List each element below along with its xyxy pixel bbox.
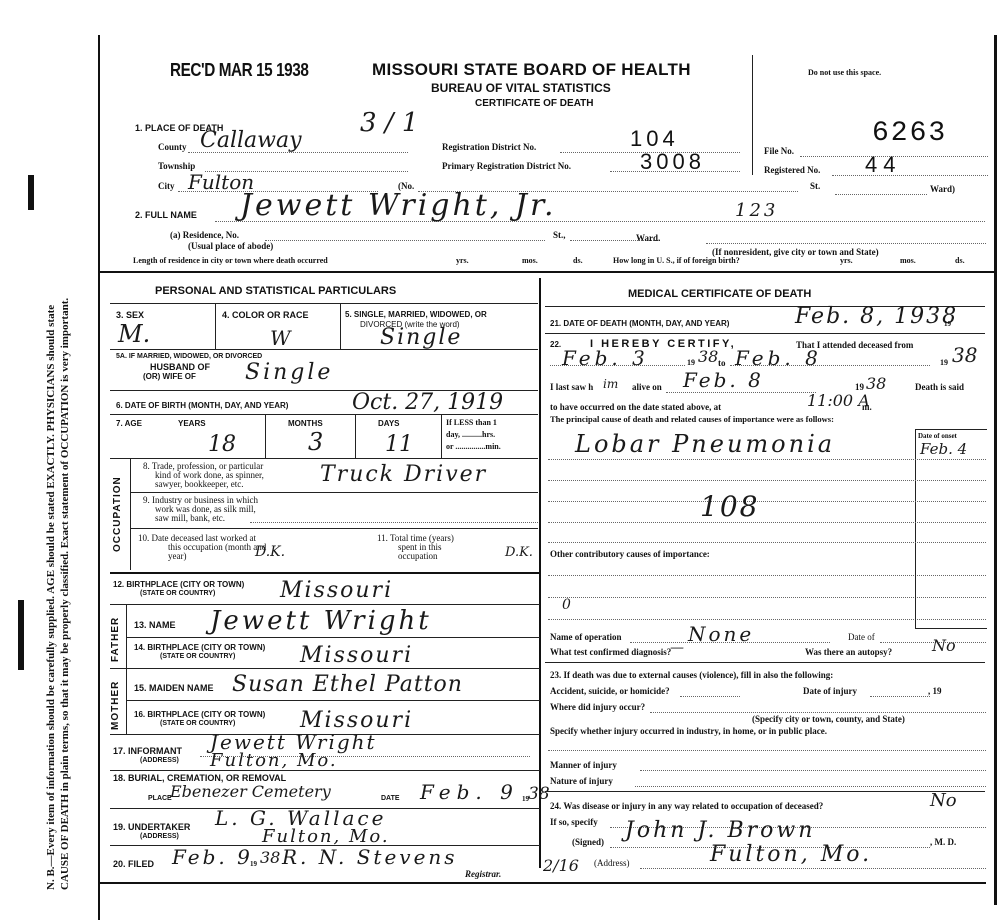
operation-date-label: Date of	[848, 632, 875, 642]
trade-label-3: sawyer, bookkeeper, etc.	[155, 479, 244, 489]
test-value: —	[670, 640, 684, 656]
dob-label: 6. DATE OF BIRTH (MONTH, DAY, AND YEAR)	[116, 401, 288, 410]
operation-label: Name of operation	[550, 632, 622, 642]
father-birthplace-value: Missouri	[300, 643, 413, 668]
form-left-border	[98, 35, 100, 920]
signed-label: (Signed)	[572, 837, 604, 847]
length-yrs: yrs.	[456, 256, 469, 265]
residence-st-label: St.,	[553, 230, 566, 240]
injury-year-label: , 19	[928, 686, 942, 696]
margin-marker	[18, 600, 24, 670]
informant-address: Fulton, Mo.	[210, 750, 338, 771]
county-value: Callaway	[200, 128, 302, 153]
manner-label: Manner of injury	[550, 760, 617, 770]
spouse-label-2: HUSBAND OF	[150, 362, 210, 372]
alive-on-label: alive on	[632, 382, 662, 392]
father-birthplace-label-1: 14. BIRTHPLACE (CITY OR TOWN)	[134, 643, 265, 652]
occupational-value: No	[930, 790, 957, 811]
burial-date-value: Feb. 9	[420, 780, 519, 804]
external-label: 23. If death was due to external causes …	[550, 670, 833, 680]
cause-code: 108	[700, 490, 759, 523]
foreign-yrs: yrs.	[840, 256, 853, 265]
abode-label: (Usual place of abode)	[188, 241, 273, 251]
informant-address-label: (ADDRESS)	[140, 757, 179, 764]
onset-label: Date of onset	[918, 432, 957, 440]
occupational-label: 24. Was disease or injury in any way rel…	[550, 801, 823, 811]
sex-value: M.	[118, 320, 150, 348]
injury-date-label: Date of injury	[803, 686, 857, 696]
margin-note-line2: CAUSE OF DEATH in plain terms, so that i…	[58, 298, 72, 890]
full-name-value: Jewett Wright, Jr.	[240, 188, 557, 223]
spouse-label-3: (OR) WIFE OF	[143, 372, 196, 381]
certify-number: 22.	[550, 340, 561, 349]
burial-place-label: PLACE	[148, 795, 172, 802]
less-than-label-3: or ...............min.	[446, 442, 501, 451]
occurred-label: to have occurred on the date stated abov…	[550, 402, 721, 412]
occupation-side-label: OCCUPATION	[112, 476, 123, 552]
foreign-mos: mos.	[900, 256, 916, 265]
age-months-value: 3	[308, 428, 323, 456]
attended-to: Feb. 8	[735, 346, 822, 370]
reg-district-label: Registration District No.	[442, 142, 536, 152]
length-mos: mos.	[522, 256, 538, 265]
attended-from: Feb. 3	[562, 346, 649, 370]
days-label: DAYS	[378, 419, 400, 428]
physician-signature: John J. Brown	[625, 818, 815, 843]
time-value: 11:00 A	[807, 391, 870, 410]
office-divider	[752, 55, 753, 175]
registered-no-value: 44	[865, 152, 901, 178]
total-time-value: D.K.	[505, 545, 533, 560]
autopsy-value: No	[932, 636, 956, 655]
residence-label: (a) Residence, No.	[170, 230, 239, 240]
file-no-label: File No.	[764, 146, 794, 156]
full-name-label: 2. FULL NAME	[135, 210, 197, 220]
mother-maiden-label: 15. MAIDEN NAME	[134, 683, 214, 693]
filed-year-prefix: 19	[250, 860, 257, 868]
form-right-border	[994, 35, 997, 905]
marginal-mark: 3 / 1	[360, 108, 418, 138]
father-name-value: Jewett Wright	[210, 606, 432, 636]
father-birthplace-label-2: (STATE OR COUNTRY)	[160, 653, 235, 660]
time-suffix: m.	[862, 402, 872, 412]
race-label: 4. COLOR OR RACE	[222, 310, 309, 320]
residence-ward-label: Ward.	[636, 233, 660, 243]
md-label: , M. D.	[930, 837, 956, 847]
industry-label-3: saw mill, bank, etc.	[155, 513, 225, 523]
county-label: County	[158, 142, 187, 152]
office-use-note: Do not use this space.	[808, 68, 881, 77]
received-stamp: REC'D MAR 15 1938	[170, 60, 308, 81]
filed-year: 38	[260, 848, 280, 867]
file-no-value: 6263	[872, 118, 947, 149]
age-label: 7. AGE	[116, 419, 142, 428]
spouse-value: Single	[245, 360, 333, 385]
undertaker-address-label: (ADDRESS)	[140, 833, 179, 840]
length-ds: ds.	[573, 256, 583, 265]
marital-label: 5. SINGLE, MARRIED, WIDOWED, OR	[345, 310, 487, 319]
attended-from-year: 38	[698, 347, 718, 366]
operation-value: None	[688, 622, 754, 646]
father-side-label: FATHER	[110, 617, 121, 662]
dod-label: 21. DATE OF DEATH (MONTH, DAY, AND YEAR)	[550, 319, 729, 328]
birthplace-value: Missouri	[280, 578, 393, 603]
margin-marker-2	[28, 175, 34, 210]
primary-reg-label: Primary Registration District No.	[442, 161, 571, 171]
city-label: City	[158, 181, 175, 191]
mother-side-label: MOTHER	[110, 681, 121, 730]
age-days-value: 11	[385, 432, 413, 457]
margin-note-line1: N. B.—Every item of information should b…	[44, 305, 58, 890]
alive-on-value: Feb. 8	[683, 368, 764, 392]
trade-value: Truck Driver	[320, 462, 487, 487]
death-said-label: Death is said	[915, 382, 964, 392]
last-saw-label: I last saw h	[550, 382, 593, 392]
age-years-value: 18	[208, 432, 236, 457]
mother-maiden-value: Susan Ethel Patton	[232, 672, 463, 697]
primary-reg-value: 3008	[640, 149, 705, 175]
burial-place-value: Ebenezer Cemetery	[170, 782, 331, 801]
where-label: Where did injury occur?	[550, 702, 645, 712]
attended-from-year-prefix: 19	[687, 358, 695, 367]
cause-label: The principal cause of death and related…	[550, 414, 834, 424]
full-name-code: 123	[735, 200, 778, 221]
medical-heading: MEDICAL CERTIFICATE OF DEATH	[628, 288, 811, 300]
form-name: CERTIFICATE OF DEATH	[475, 98, 594, 109]
address-label: (Address)	[594, 858, 630, 868]
attended-to-year: 38	[952, 343, 977, 367]
form-title: MISSOURI STATE BOARD OF HEALTH	[372, 60, 691, 80]
months-label: MONTHS	[288, 419, 323, 428]
form-subtitle: BUREAU OF VITAL STATISTICS	[431, 81, 611, 95]
spouse-label-1: 5A. IF MARRIED, WIDOWED, OR DIVORCED	[116, 353, 262, 360]
last-saw-pronoun: im	[603, 377, 618, 391]
if-so-label: If so, specify	[550, 817, 598, 827]
last-worked-value: D.K.	[255, 544, 285, 560]
father-name-label: 13. NAME	[134, 620, 176, 630]
to-label: to	[718, 358, 726, 368]
years-label: YEARS	[178, 419, 206, 428]
sex-label: 3. SEX	[116, 310, 144, 320]
margin-date: 2/16	[543, 856, 579, 875]
marital-value: Single	[380, 325, 462, 350]
specify-label: Specify whether injury occurred in indus…	[550, 726, 827, 736]
last-worked-label-3: year)	[168, 551, 186, 561]
st-label: St.	[810, 181, 820, 191]
specify-note: (Specify city or town, county, and State…	[752, 714, 905, 724]
burial-year-value: 38	[528, 784, 550, 804]
less-than-label-2: day, ..........hrs.	[446, 430, 495, 439]
mother-birthplace-label-1: 16. BIRTHPLACE (CITY OR TOWN)	[134, 710, 265, 719]
mother-birthplace-label-2: (STATE OR COUNTRY)	[160, 720, 235, 727]
burial-date-label: DATE	[381, 795, 400, 802]
contributory-mark: 0	[562, 597, 571, 613]
informant-label: 17. INFORMANT	[113, 746, 182, 756]
onset-value: Feb. 4	[920, 440, 967, 458]
race-value: W	[270, 326, 291, 350]
length-residence-label: Length of residence in city or town wher…	[133, 256, 328, 265]
physician-address: Fulton, Mo.	[710, 842, 872, 867]
personal-heading: PERSONAL AND STATISTICAL PARTICULARS	[155, 285, 396, 297]
registered-no-label: Registered No.	[764, 165, 820, 175]
registrar-label: Registrar.	[465, 869, 501, 879]
registrar-signature: R. N. Stevens	[282, 845, 458, 869]
dob-value: Oct. 27, 1919	[352, 390, 503, 415]
undertaker-label: 19. UNDERTAKER	[113, 822, 190, 832]
cause-value: Lobar Pneumonia	[575, 430, 835, 458]
total-time-label-3: occupation	[398, 551, 438, 561]
contributory-label: Other contributory causes of importance:	[550, 549, 710, 559]
ward-label: Ward)	[930, 184, 955, 194]
foreign-ds: ds.	[955, 256, 965, 265]
filed-date: Feb. 9	[172, 845, 253, 869]
birthplace-label-1: 12. BIRTHPLACE (CITY OR TOWN)	[113, 580, 244, 589]
less-than-label-1: If LESS than 1	[446, 418, 497, 427]
foreign-birth-label: How long in U. S., if of foreign birth?	[613, 256, 740, 265]
nature-label: Nature of injury	[550, 776, 613, 786]
filed-label: 20. FILED	[113, 859, 154, 869]
attended-to-year-prefix: 19	[940, 358, 948, 367]
test-label: What test confirmed diagnosis?	[550, 647, 671, 657]
undertaker-address: Fulton, Mo.	[262, 826, 390, 847]
dod-suffix: 19	[944, 320, 951, 328]
dod-value: Feb. 8, 1938	[795, 304, 958, 329]
autopsy-label: Was there an autopsy?	[805, 647, 892, 657]
accident-label: Accident, suicide, or homicide?	[550, 686, 670, 696]
birthplace-label-2: (STATE OR COUNTRY)	[140, 590, 215, 597]
